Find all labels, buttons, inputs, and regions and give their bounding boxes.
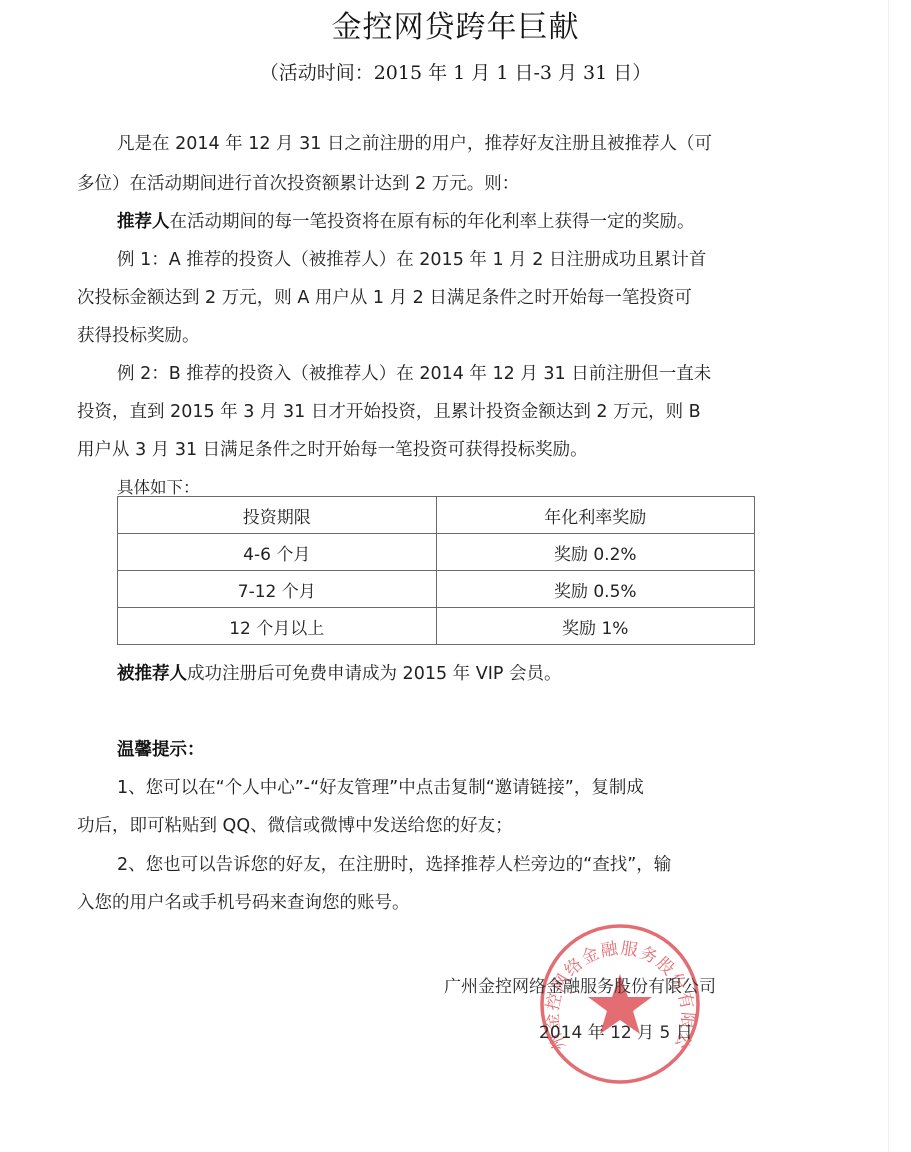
intro-line-2: 多位）在活动期间进行首次投资额累计达到 2 万元。则：	[77, 170, 519, 195]
tips-heading: 温馨提示：	[117, 736, 205, 761]
referrer-rule: 推荐人在活动期间的每一笔投资将在原有标的年化利率上获得一定的奖励。	[117, 208, 695, 233]
document-title: 金控网贷跨年巨献	[0, 2, 911, 46]
example1-line-2: 次投标金额达到 2 万元，则 A 用户从 1 月 2 日满足条件之时开始每一笔投…	[77, 284, 692, 309]
company-stamp: 广州金控网络金融服务股份有限公司	[538, 922, 702, 1086]
table-header: 年化利率奖励	[436, 497, 755, 534]
tip2-line-2: 入您的用户名或手机号码来查询您的账号。	[77, 889, 410, 914]
table-cell: 奖励 0.2%	[436, 534, 755, 571]
table-cell: 4-6 个月	[118, 534, 437, 571]
referee-label: 被推荐人	[117, 664, 187, 684]
tip1-line-2: 功后，即可粘贴到 QQ、微信或微博中发送给您的好友；	[77, 812, 513, 837]
table-cell: 12 个月以上	[118, 608, 437, 645]
table-cell: 7-12 个月	[118, 571, 437, 608]
referee-rule-text: 成功注册后可免费申请成为 2015 年 VIP 会员。	[187, 664, 561, 684]
example1-line-3: 获得投标奖励。	[77, 322, 200, 347]
intro-line-1: 凡是在 2014 年 12 月 31 日之前注册的用户，推荐好友注册且被推荐人（…	[117, 130, 712, 155]
signature-date: 2014 年 12 月 5 日	[539, 1018, 693, 1043]
page-edge	[888, 0, 889, 1152]
tip2-line-1: 2、您也可以告诉您的好友，在注册时，选择推荐人栏旁边的“查找”，输	[117, 851, 671, 876]
referrer-label: 推荐人	[117, 212, 170, 232]
table-row: 7-12 个月 奖励 0.5%	[118, 571, 755, 608]
details-label: 具体如下：	[117, 474, 200, 498]
tip1-line-1: 1、您可以在“个人中心”-“好友管理”中点击复制“邀请链接”，复制成	[117, 774, 644, 799]
example2-line-2: 投资，直到 2015 年 3 月 31 日才开始投资，且累计投资金额达到 2 万…	[77, 398, 701, 423]
referrer-rule-text: 在活动期间的每一笔投资将在原有标的年化利率上获得一定的奖励。	[170, 212, 695, 232]
referee-rule: 被推荐人成功注册后可免费申请成为 2015 年 VIP 会员。	[117, 660, 561, 685]
example2-line-1: 例 2：B 推荐的投资入（被推荐人）在 2014 年 12 月 31 日前注册但…	[117, 360, 711, 385]
example2-line-3: 用户从 3 月 31 日满足条件之时开始每一笔投资可获得投标奖励。	[77, 436, 588, 461]
company-name: 广州金控网络金融服务股份有限公司	[444, 972, 716, 997]
table-cell: 奖励 0.5%	[436, 571, 755, 608]
example1-line-1: 例 1：A 推荐的投资人（被推荐人）在 2015 年 1 月 2 日注册成功且累…	[117, 246, 706, 271]
table-header-row: 投资期限 年化利率奖励	[118, 497, 755, 534]
table-cell: 奖励 1%	[436, 608, 755, 645]
table-header: 投资期限	[118, 497, 437, 534]
table-row: 4-6 个月 奖励 0.2%	[118, 534, 755, 571]
table-row: 12 个月以上 奖励 1%	[118, 608, 755, 645]
activity-period: （活动时间：2015 年 1 月 1 日-3 月 31 日）	[0, 58, 911, 85]
reward-table: 投资期限 年化利率奖励 4-6 个月 奖励 0.2% 7-12 个月 奖励 0.…	[117, 496, 755, 645]
